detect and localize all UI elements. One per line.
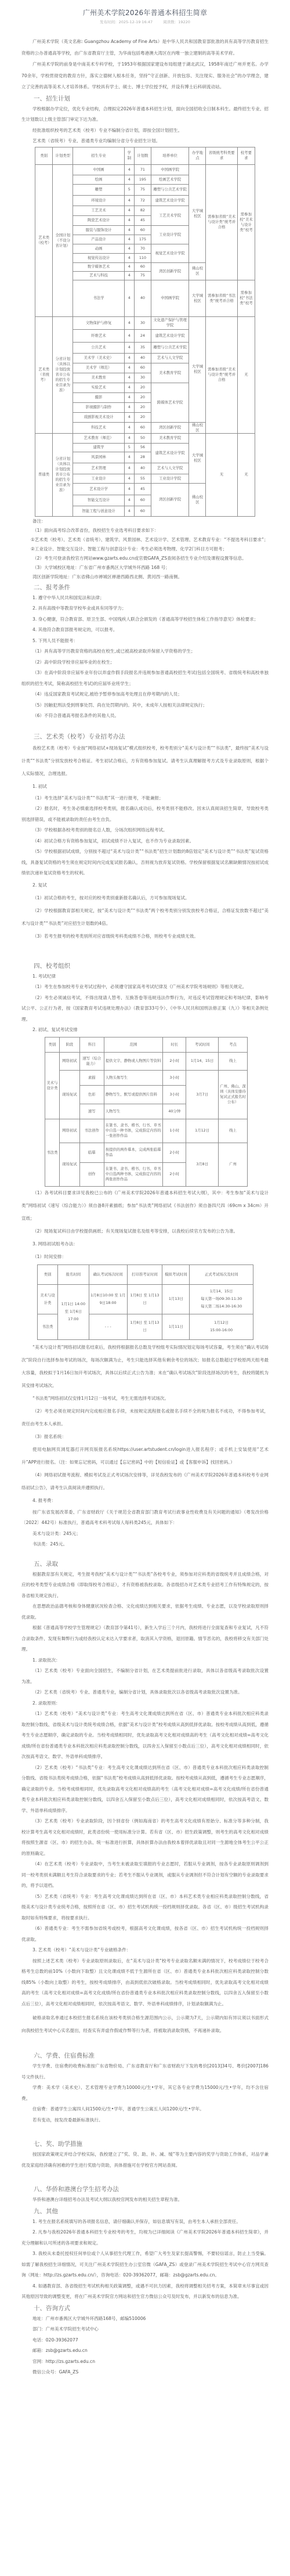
subheading: 1. 考试纪律 xyxy=(21,971,269,982)
subheading: （1）时间安排： xyxy=(21,1251,269,1263)
list-item: （5）因触犯刑法受到刑事处罚、尚在处罚期内的。其中，未成年人按相关法律规定执行； xyxy=(21,700,269,711)
list-item: （6）不符合普通高考报名条件的其他人员。 xyxy=(21,711,269,722)
exam-req-cell: 需参加省级“美术与设计类”统考并合格 xyxy=(206,316,237,433)
intro-paragraph: 广州美术学院的前身是中南美术专科学校，于1953年根据国家建设布局组建于湖北武汉… xyxy=(21,59,269,93)
campus-cell: 大学城校区 xyxy=(189,433,206,483)
note-item: ②工业设计、智能交互设计、智能工程与创意设计专业：考生必须选考物理、化学2门科目… xyxy=(21,545,269,554)
column-header: 类别 xyxy=(35,147,53,164)
subheading: 1. 初试 xyxy=(21,780,269,793)
column-header: 学制 xyxy=(124,147,134,164)
category-cell: 艺术类（校考） xyxy=(35,164,53,316)
note-item: 湾区创新学院地址：广东省佛山市禅城区禅港西路西北侧、黄河西一路南侧。 xyxy=(21,572,269,582)
paragraph: 3. 我校从未委托授权任何单位或个人从事招生代理工作，希望广大考生及家长提高警惕… xyxy=(21,2249,269,2281)
section-heading-plan: 一、招生计划 xyxy=(21,94,269,103)
list-item: （6）普通类专业：考生不需参加省统考或校考，根据高考文化课成绩，按各省（区、市）… xyxy=(21,1923,269,1945)
section-heading-art-exam: 三、艺术类（校考）专业招考办法 xyxy=(21,732,269,741)
campus-cell: 大学城校区 xyxy=(189,280,206,316)
table-row: 现场复试 素描 人物头像写生 3小时 3月7日 广州、佛山、深圳（具体安排待复试… xyxy=(45,1070,248,1085)
table-row: 艺术类（校考） 全国计划（不设分省计划） 中国画 4 71 中国画学院 大学城校… xyxy=(35,164,255,175)
list-item: （2）艺术类（校考）“书法类”专业：考生高考文化课成绩达到所在省（区、市）普通类… xyxy=(21,1763,269,1817)
publish-time: 发布时间：2025-12-19 16:47 xyxy=(100,20,153,24)
campus-cell: 大学城校区 xyxy=(189,316,206,422)
subheading: 2. 初试、复试考试安排 xyxy=(21,1025,269,1036)
paragraph: 住宿费：普通学生公寓四人间1500元/生•学年，普通学生公寓五人间1200元/生… xyxy=(21,2104,269,2115)
registration-system-paragraph[interactable]: 使用电脑网页浏览器打开网页版报名系统https://user.artstuden… xyxy=(21,1443,269,1469)
note-item: ①艺术类（校考）、艺术类（省统考）、建筑学、风景园林、艺术设计学、艺术管理、艺术… xyxy=(21,535,269,545)
fee-item: 书法类：245元。 xyxy=(21,1539,269,1550)
contact-wechat: 微信公众号：GAFA_ZS xyxy=(21,2367,269,2378)
column-header: 计划类型 xyxy=(53,147,73,164)
campus-cell: 佛山校区 xyxy=(189,262,206,280)
table-row: 美术与设计类 网络初试 速写（综合能力） 提供文字、静物或人物图片等资料 2小时… xyxy=(45,1052,248,1070)
column-header: 招生专业 xyxy=(73,147,124,164)
page-title: 广州美术学院2026年普通本科招生简章 xyxy=(21,0,269,20)
list-item: （1）艺术类（校考）专业面向全国招生，不编制分省计划，在艺术类提前批进行录取，具… xyxy=(21,1666,269,1687)
contact-email: 邮箱：zsb@gzarts.edu.cn xyxy=(21,2346,269,2357)
paragraph: （3）报名系统： xyxy=(21,1431,269,1443)
paragraph: 学校根据办学定位，优化专业结构，合理拟定2026年普通本科招生计划，面向全国招收… xyxy=(21,104,269,125)
paragraph: 1. 考生在报名系统填写的各项报名信息，请仔细确认并保存，如信息填写有误，由考生… xyxy=(21,2217,269,2228)
list-item: 3. 身心健康，符合教育部、原卫生部、中国残疾人联合会颁发的《普通高等学校招生体… xyxy=(21,614,269,625)
section-heading-contact: 十、咨询方式 xyxy=(21,2304,269,2313)
section-heading-overseas: 八、华侨和港澳台学生招考办法 xyxy=(21,2185,269,2194)
list-item: （2）报名时，考生务必慎重选择校考类别，报名确认成功后，校考类别不能修改。因未认… xyxy=(21,804,269,825)
paragraph: （2）现场复试科目由学校提供画纸；有关现场复试报名及组考等安排，以我校后续官方发… xyxy=(21,1225,269,1238)
school-req-cell: 需参加校“美术与设计类”校考 xyxy=(237,164,255,280)
paragraph: （2）考生必须在规定时间内完成相应报名手续，未按规定流程报名或报名手续不全的视为… xyxy=(21,1405,269,1431)
school-req-cell: 无 xyxy=(237,433,255,516)
table-row: 现场复试 临摹 按提供的两件摹本，完成两张临摹作品 2小时 3月8日 广州 xyxy=(45,1143,248,1162)
online-exam-timeline-table: 类别 报名时间 确认考试场次时间 打印准考证时间 模拟考试时间 正式考试场次及时… xyxy=(37,1264,253,1340)
campus-cell: 大学城校区 xyxy=(189,164,206,262)
paragraph: 在思想政治品德考核和身体健康状况检查合格、文化成绩达到相关要求，依据考生成绩、专… xyxy=(21,1601,269,1623)
enrollment-plan-table: 类别 计划类型 招生专业 学制 计划数 培养单位 办学地点 省级统考科类要求 校… xyxy=(35,147,255,517)
table-header-row: 类别 计划类型 招生专业 学制 计划数 培养单位 办学地点 省级统考科类要求 校… xyxy=(35,147,255,164)
list-item: （2）学校根据教育部相关规定，按“美术与设计类”“书法类”两个校考类别分别发放校… xyxy=(21,905,269,930)
list-item: （2）考生必须诚信考试，不得出现请人替考、互换答卷等违规违法作弊行为，对违反考试… xyxy=(21,993,269,1025)
contact-list: 地址：广州市番禺区大学城外环西路168号，邮编510006 部门：广州美术学院招… xyxy=(21,2314,269,2378)
table-row: 普通类 分省计划（具体以计划投放省市公布的招生专业目录为准） 艺术教育（师范） … xyxy=(35,433,255,443)
article-meta: 发布时间：2025-12-19 16:47 阅读数：19220 xyxy=(21,20,269,36)
list-item: 5. 下列人员不能报考： xyxy=(21,636,269,647)
table-row: 美术与设计类 1月1日 14:00 至 1月6日 17:00 1月8日10:00… xyxy=(38,1284,253,1314)
list-item: （1）初试合格的考生，按对应的校考类别重新报名确认后，方可参加现场复试。 xyxy=(21,892,269,905)
category-cell: 艺术类（省统考） xyxy=(35,316,53,433)
list-item: （3）在高中阶段非应届毕业年份以弄虚作假手段报名并违规参加普通高校招生考试(包括… xyxy=(21,668,269,689)
paragraph: 根据《普通高等学校学生管理规定》（教育部令第41号），新生入学后三个月内，我校将… xyxy=(21,1623,269,1655)
table-header-row: 类别 报名时间 确认考试场次时间 打印准考证时间 模拟考试时间 正式考试场次及时… xyxy=(38,1264,253,1284)
subheading: 3. 网络初试组考办法： xyxy=(21,1238,269,1251)
list-item: （3）艺术类（校考）专业录取阶段，因个别省份（例如海南省）的考生高考文化成绩有原… xyxy=(21,1816,269,1859)
note-item: （3）大学城校区地址：广东省广州市番禺区大学城外环西路 168 号； xyxy=(21,563,269,572)
contact-phone: 电话：020-39362077 xyxy=(21,2335,269,2346)
paragraph: 根据教育部有关规定，考生报考我校“美术与设计类”“书法类”各校考专业，须参加对应… xyxy=(21,1569,269,1602)
formal-exam-cell: 1月14、15日 每天第一场09:30-11:30 每天第二场14:30-16:… xyxy=(190,1284,253,1314)
subheading: 3. 艺术类（校考）“美术与设计类”专业破格条件： xyxy=(21,1945,269,1956)
list-item: 2. 具有高级中等教育学校毕业或具有同等学力； xyxy=(21,603,269,614)
paragraph: “书法类”网络初试仅安排1月12日一场考试，考生无需选择考试场次。 xyxy=(21,1392,269,1405)
list-item: （3）学校根据各校考类别的报名总人数，分场次组织网络远程考试。 xyxy=(21,825,269,836)
list-item: （4）违反国家教育考试规定,被给予暂停参加高考处理且在停考期内的人员； xyxy=(21,689,269,700)
column-header: 校考要求 xyxy=(237,147,255,164)
list-item: （3）若考生报考的校考类别所对应省级统考科类成绩不合格，则校考专业成绩无效。 xyxy=(21,930,269,943)
column-header: 办学地点 xyxy=(189,147,206,164)
plan-type-cell: 分省计划（具体以计划投放省市公布的招生专业目录为准） xyxy=(53,433,73,516)
table-header-row: 类别 阶段 科目 范围 时长 考试时间 考点 xyxy=(45,1037,248,1052)
paragraph: （4）网络初试报考流程、模拟考试及正式考试场次安排等，详见我校发布的《广州美术学… xyxy=(21,1469,269,1494)
subheading: 2. 复试 xyxy=(21,879,269,892)
section-heading-fees: 六、学费、住宿费标准 xyxy=(21,2051,269,2060)
campus-cell: 佛山校区 xyxy=(189,422,206,433)
section-heading-other: 九、其他 xyxy=(21,2207,269,2216)
paragraph: 按国家政策规定并结合学校实际，我校建立了“奖、贷、助、补、减、缓”等为主要内容的… xyxy=(21,2149,269,2171)
paragraph: 我校艺术类（校考）专业按“网络初试+现场复试”模式组织校考，校考类别分“美术与设… xyxy=(21,742,269,780)
plan-type-cell: 分省计划（具体以计划投放省市公布的招生专业目录为准） xyxy=(53,316,73,433)
paragraph: 学费：美术学（美术史）、艺术管理专业学费为10000元/生•学年，其它各专业学费… xyxy=(21,2083,269,2104)
list-item: （4）初试合格方有资格参加复试，初试成绩不计入复试，也不作为专业录取因素。 xyxy=(21,836,269,847)
paragraph: 艺术类（省统考）专业、普通类专业均编制分省分专业招生计划。 xyxy=(21,136,269,147)
exam-req-cell: 需参加省级“美术与设计类”统考并合格 xyxy=(206,164,237,280)
paragraph: 经批准组织校考的艺术类（校考）专业不编制分省计划，即按全国计划招生。 xyxy=(21,125,269,136)
paragraph: 按照上述艺术类（校考）专业录取原则录取后，在“美术与设计类”校考专业录取名额未满… xyxy=(21,1956,269,2010)
column-header: 计划数 xyxy=(134,147,151,164)
phone-link[interactable]: 020-39362077 xyxy=(46,2337,78,2343)
plan-type-cell: 全国计划（不设分省计划） xyxy=(53,164,73,316)
section-heading-admission: 五、录取 xyxy=(21,1559,269,1569)
paragraph: 2. 凡参与我校2026年普通本科招生专业校考的考生，均视为已详细阅读《广州美术… xyxy=(21,2227,269,2249)
list-item: （5）学校根据初试成绩，分别按不超过“美术与设计类”“书法类”招生计划数的8倍划… xyxy=(21,846,269,879)
website-link[interactable]: http://zs.gzarts.edu.cn xyxy=(46,2359,95,2364)
notes-label: 备注： xyxy=(21,517,269,526)
list-item: （4）在艺术类（校考）专业录取中，当考生未被录取至填报的专业志愿时，若服从专业调… xyxy=(21,1859,269,1892)
list-item: （1）艺术类（校考）“美术与设计类”专业：考生高考文化课成绩达到所在省（区、市）… xyxy=(21,1709,269,1763)
subheading: 2. 录取原则： xyxy=(21,1698,269,1709)
paragraph: “美术与设计类”网络初试报名结束后，我校将根据报名总数及学校组考实际情况划定每场… xyxy=(21,1341,269,1392)
school-req-cell: 无 xyxy=(237,316,255,433)
column-header: 培养单位 xyxy=(151,147,189,164)
contact-address: 地址：广州市番禺区大学城外环西路168号，邮编510006 xyxy=(21,2314,269,2325)
article: 广州美术学院2026年普通本科招生简章 发布时间：2025-12-19 16:4… xyxy=(0,0,290,2390)
view-count: 阅读数：19220 xyxy=(163,20,190,24)
list-item: （5）艺术类（省统考）专业：考生高考文化课成绩达到所在省（区、市）本科艺术类专业… xyxy=(21,1892,269,1924)
intro-paragraph: 广州美术学院（英文名称: Guangzhou Academy of Fine A… xyxy=(21,36,269,59)
exam-req-cell: 需参加省级“书法类”统考并合格 xyxy=(206,280,237,316)
paragraph: （1）各考试科目要求详见我校已公布的《广州美术学院2026年普通本科招生考试大纲… xyxy=(21,1187,269,1225)
list-item: （1）考生在参加校考专业考试过程中，必须遵守国家高考考试纪律及《广州美术学院考场… xyxy=(21,982,269,993)
paragraph: 4. 如遇教育部、各省级招生考试机构相关政策调整，或遇不可抗力因素，我校将调整相… xyxy=(21,2281,269,2303)
paragraph: 学生学费、住宿费的收费标准按广东省物价局、广东省教育厅和广东省财政厅下发的粤价[… xyxy=(21,2061,269,2083)
exam-schedule-table: 类别 阶段 科目 范围 时长 考试时间 考点 美术与设计类 网络初试 速写（综合… xyxy=(45,1037,248,1187)
contact-department: 部门：广州美术学院招生考试中心 xyxy=(21,2324,269,2335)
subheading: 4. 报考费： xyxy=(21,1494,269,1507)
paragraph: 华侨和港澳台详细招考办法及考试大纲以我校官网发布的相关招生章程为准。 xyxy=(21,2195,269,2206)
table-row: 书法类 网络初试 书法创作 在篆书、隶书、楷书、行书、草书中自选一种书体，完成指… xyxy=(45,1119,248,1143)
campus-cell: 佛山校区 xyxy=(189,483,206,516)
paragraph: 按广东省发展改革委、广东省财政厅《关于规范全省教育部门教育考试行政事业性收费及有… xyxy=(21,1507,269,1529)
fee-item: 美术与设计类：245元； xyxy=(21,1529,269,1540)
category-cell: 普通类 xyxy=(35,433,53,516)
list-item: 1. 遵守中华人民共和国宪法和法律； xyxy=(21,593,269,604)
contact-website: 官网：http://zs.gzarts.edu.cn xyxy=(21,2357,269,2368)
exam-req-cell: 无 xyxy=(206,433,237,516)
subheading: 1. 录取批次： xyxy=(21,1655,269,1666)
paragraph: 破格录取名单通过本校招生报名系统在该校考类别合格生源范围内公示，公示期为7天，公… xyxy=(21,2012,269,2037)
note-item: （1）面向高考综合改革省份，我校招生专业选考科目要求如下： xyxy=(21,526,269,535)
section-heading-exam-org: 四、校考组织 xyxy=(21,961,269,971)
list-item: 4. 其他符合教育部报考规定的，可以报考。 xyxy=(21,625,269,636)
note-item: （2）考生可登录我校官方网站www.gzarts.edu.cn或官微GAFA_Z… xyxy=(21,554,269,563)
list-item: （2）高中阶段学校非应届毕业的在校生； xyxy=(21,657,269,668)
list-item: （1）具有高等学历教育资格的高校在校生,或已被高校录取并保留入学资格的学生； xyxy=(21,646,269,657)
formal-exam-cell: 1月12日 15:00-16:00 xyxy=(190,1314,253,1339)
section-heading-eligibility: 二、报考条件 xyxy=(21,583,269,592)
register-time-cell: 1月1日 14:00 至 1月6日 17:00 xyxy=(57,1284,89,1339)
list-item: （2）艺术类（省统考）专业、普通类专业，编制分省计划，具体录取批次以各省级高考录… xyxy=(21,1687,269,1698)
section-heading-aid: 七、奖、助学措施 xyxy=(21,2139,269,2149)
list-item: （1）考生选择“美术与设计类”“书法类”其一进行报考，不能兼报； xyxy=(21,793,269,804)
column-header: 省级统考科类要求 xyxy=(206,147,237,164)
email-link[interactable]: zsb@gzarts.edu.cn xyxy=(46,2348,88,2353)
school-req-cell: 需参加校“书法类”校考 xyxy=(237,280,255,316)
paragraph: 若有变动，按发改委最新标准执行。 xyxy=(21,2115,269,2126)
table-row: 艺术类（省统考） 分省计划（具体以计划投放省市公布的招生专业目录为准） 文物保护… xyxy=(35,316,255,329)
